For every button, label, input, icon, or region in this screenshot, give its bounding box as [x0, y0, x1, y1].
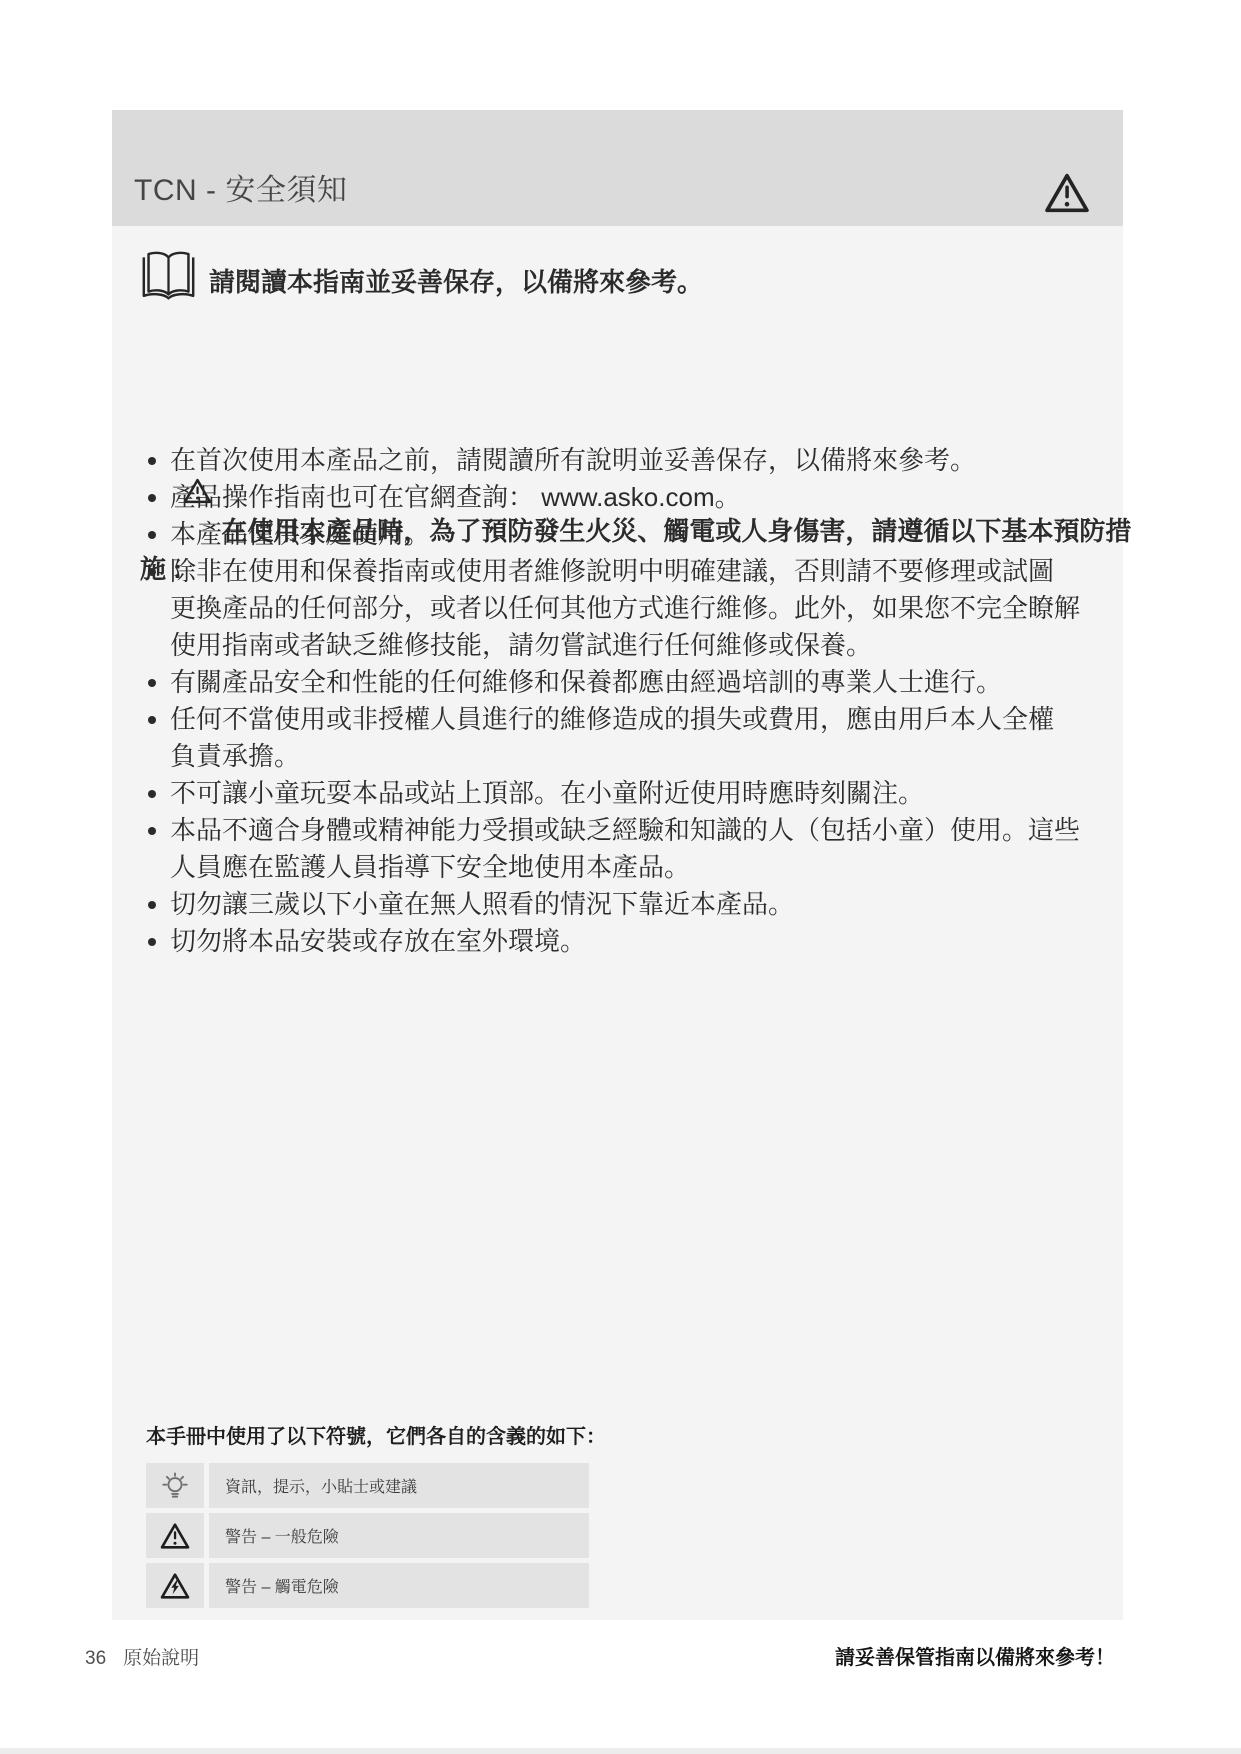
page-number: 36 [85, 1648, 106, 1670]
table-row: 警告 – 一般危險 [146, 1513, 606, 1558]
list-item: 本品不適合身體或精神能力受損或缺乏經驗和知識的人（包括小童）使用。這些 人員應在… [140, 812, 1145, 886]
table-row: 資訊，提示，小貼士或建議 [146, 1463, 606, 1508]
warning-triangle-icon [183, 400, 212, 426]
symbol-label: 警告 – 觸電危險 [209, 1563, 589, 1608]
footer-right-label: 請妥善保管指南以備將來參考！ [835, 1641, 1115, 1670]
list-item: 有關產品安全和性能的任何維修和保養都應由經過培訓的專業人士進行。 [140, 664, 1145, 701]
table-row: 警告 – 觸電危險 [146, 1563, 606, 1608]
lightbulb-icon [146, 1463, 204, 1508]
list-item: 在首次使用本產品之前，請閱讀所有說明並妥善保存，以備將來參考。 [140, 442, 1145, 479]
open-book-icon [140, 248, 197, 301]
read-guide-text: 請閱讀本指南並妥善保存，以備將來參考。 [209, 266, 703, 301]
symbol-label: 資訊，提示，小貼士或建議 [209, 1463, 589, 1508]
page-header: TCN - 安全須知 [112, 110, 1123, 226]
read-guide-note: 請閱讀本指南並妥善保存，以備將來參考。 [140, 248, 703, 301]
list-item: 切勿讓三歲以下小童在無人照看的情況下靠近本產品。 [140, 886, 1145, 923]
content-area: 請閱讀本指南並妥善保存，以備將來參考。 在使用本產品時，為了預防發生火災、觸電或… [112, 226, 1123, 1620]
manual-page: TCN - 安全須知 請閱讀本指南並妥善保存，以備將來參考。 [0, 0, 1241, 1754]
symbols-legend: 本手冊中使用了以下符號，它們各自的含義的如下： [146, 1420, 606, 1613]
list-item: 切勿將本品安裝或存放在室外環境。 [140, 923, 1145, 960]
list-item: 任何不當使用或非授權人員進行的維修造成的損失或費用，應由用戶本人全權 負責承擔。 [140, 701, 1145, 775]
page-title: TCN - 安全須知 [134, 165, 347, 209]
symbol-label: 警告 – 一般危險 [209, 1513, 589, 1558]
symbols-heading: 本手冊中使用了以下符號，它們各自的含義的如下： [146, 1420, 606, 1449]
electric-hazard-icon [146, 1563, 204, 1608]
warning-triangle-icon [146, 1513, 204, 1558]
footer-left: 36 原始說明 [85, 1643, 199, 1670]
footer-left-label: 原始說明 [123, 1643, 199, 1670]
bottom-strip [0, 1748, 1241, 1754]
list-item: 除非在使用和保養指南或使用者維修說明中明確建議，否則請不要修理或試圖 更換產品的… [140, 553, 1145, 664]
list-item: 本產品僅供家庭使用。 [140, 516, 1145, 553]
list-item: 產品操作指南也可在官網查詢： www.asko.com。 [140, 479, 1145, 516]
warning-triangle-icon [1044, 172, 1090, 214]
safety-bullet-list: 在首次使用本產品之前，請閱讀所有說明並妥善保存，以備將來參考。產品操作指南也可在… [140, 442, 1145, 960]
list-item: 不可讓小童玩耍本品或站上頂部。在小童附近使用時應時刻關注。 [140, 775, 1145, 812]
